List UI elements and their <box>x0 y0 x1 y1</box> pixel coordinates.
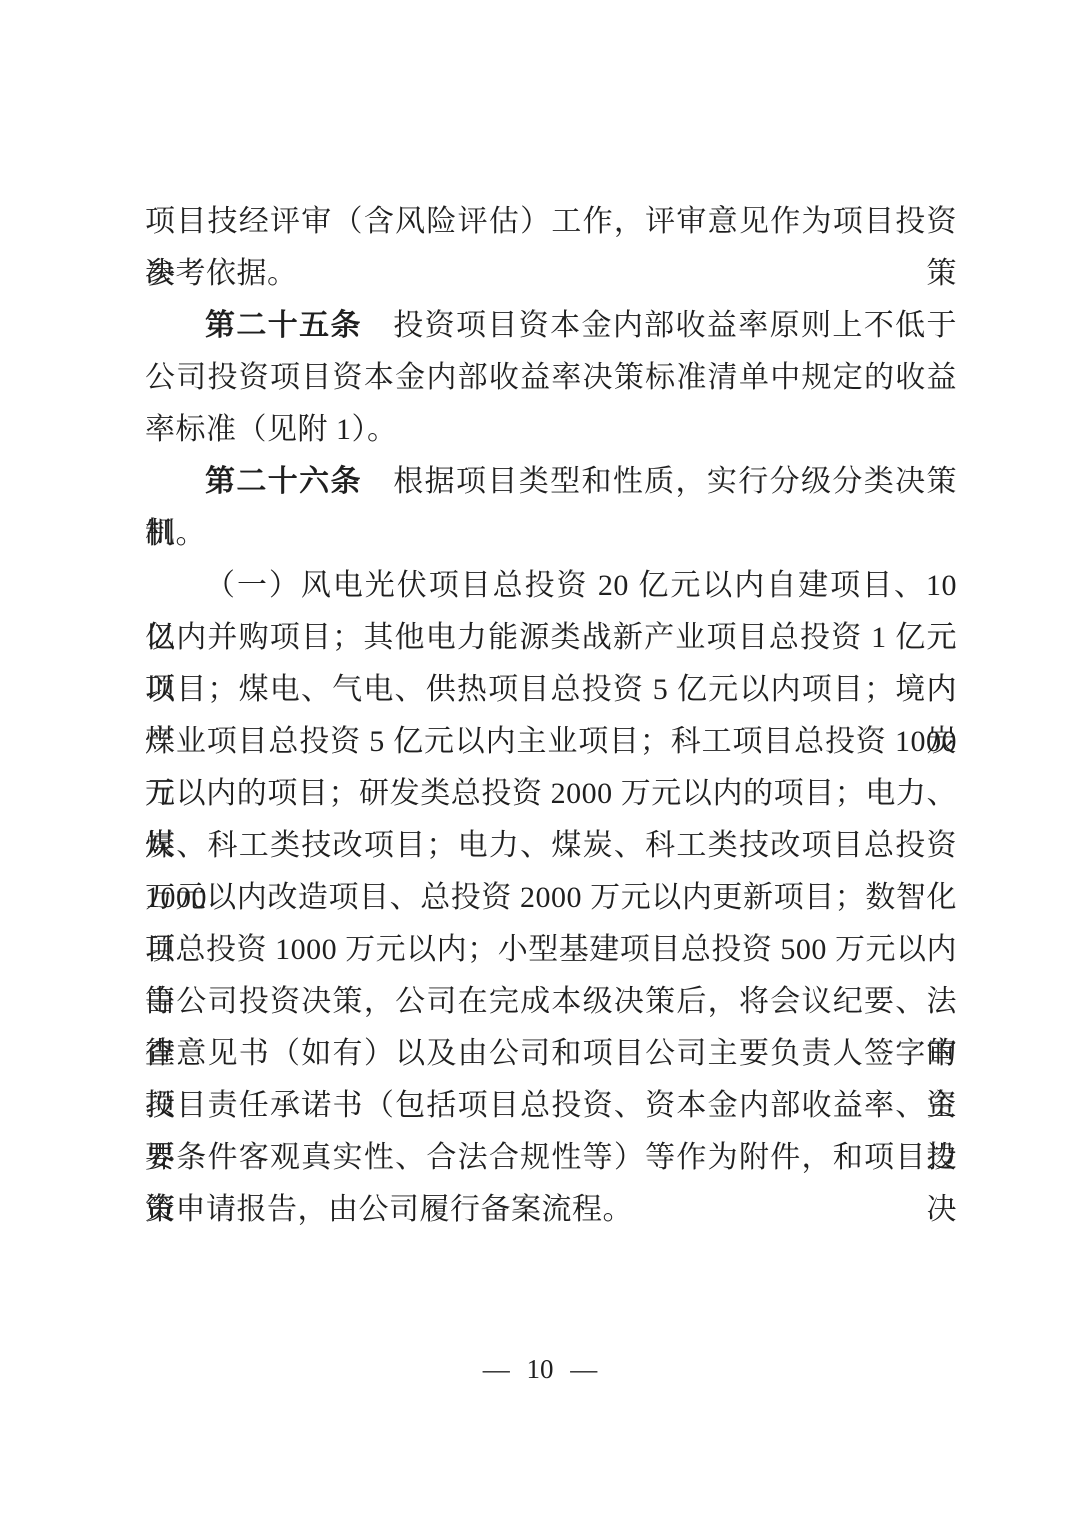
text-segment: 策申请报告，由公司履行备案流程。 <box>145 1193 633 1226</box>
text-line: 产业项目总投资 5 亿元以内主业项目；科工项目总投资 1000 万 <box>145 716 957 768</box>
document-body: 项目技经评审（含风险评估）工作，评审意见作为项目投资决策参考依据。第二十五条 投… <box>145 196 957 1236</box>
text-segment: 参考依据。 <box>145 257 298 290</box>
text-line: 第二十五条 投资项目资本金内部收益率原则上不低于 <box>145 300 957 352</box>
text-line: 以内并购项目；其他电力能源类战新产业项目总投资 1 亿元以内 <box>145 612 957 664</box>
text-segment: 率标准（见附 1）。 <box>145 413 398 446</box>
text-segment: 制。 <box>145 517 206 550</box>
text-segment: 公司投资项目资本金内部收益率决策标准清单中规定的收益 <box>145 361 957 394</box>
text-line: 项目技经评审（含风险评估）工作，评审意见作为项目投资决策 <box>145 196 957 248</box>
text-line: 元以内的项目；研发类总投资 2000 万元以内的项目；电力、煤 <box>145 768 957 820</box>
text-segment: 投资项目资本金内部收益率原则上不低于 <box>362 309 957 342</box>
text-line: 查意见书（如有）以及由公司和项目公司主要负责人签字的投资 <box>145 1028 957 1080</box>
page-number: — 10 — <box>483 1354 598 1384</box>
text-line: 第二十六条 根据项目类型和性质，实行分级分类决策机 <box>145 456 957 508</box>
text-line: 公司投资项目资本金内部收益率决策标准清单中规定的收益 <box>145 352 957 404</box>
text-line: （一）风电光伏项目总投资 20 亿元以内自建项目、10 亿元 <box>145 560 957 612</box>
text-line: 项目责任承诺书（包括项目总投资、资本金内部收益率、主要边 <box>145 1080 957 1132</box>
text-line: 率标准（见附 1）。 <box>145 404 957 456</box>
article-heading: 第二十五条 <box>205 309 362 342</box>
text-line: 制。 <box>145 508 957 560</box>
text-line: 万元以内改造项目、总投资 2000 万元以内更新项目；数智化项 <box>145 872 957 924</box>
text-line: 由公司投资决策，公司在完成本级决策后，将会议纪要、法律审 <box>145 976 957 1028</box>
text-line: 炭、科工类技改项目；电力、煤炭、科工类技改项目总投资 1000 <box>145 820 957 872</box>
article-heading: 第二十六条 <box>205 465 362 498</box>
document-page: 项目技经评审（含风险评估）工作，评审意见作为项目投资决策参考依据。第二十五条 投… <box>0 0 1080 1527</box>
text-line: 目总投资 1000 万元以内；小型基建项目总投资 500 万元以内等 <box>145 924 957 976</box>
text-line: 项目；煤电、气电、供热项目总投资 5 亿元以内项目；境内煤炭 <box>145 664 957 716</box>
page-footer: — 10 — <box>0 1352 1080 1386</box>
text-line: 界条件客观真实性、合法合规性等）等作为附件，和项目投资决 <box>145 1132 957 1184</box>
